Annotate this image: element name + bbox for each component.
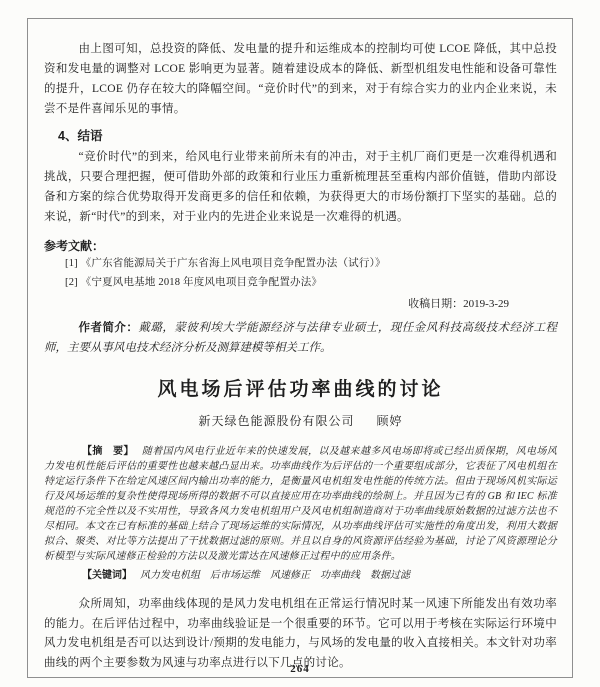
conclusion-heading: 4、结语 [58, 126, 557, 144]
author-bio-label: 作者简介： [79, 322, 139, 334]
scanned-journal-page: 由上图可知，总投资的降低、发电量的提升和运维成本的控制均可使 LCOE 降低，其… [0, 0, 600, 687]
abstract-text: 随着国内风电行业近年来的快速发展，以及越来越多风电场即将或已经出质保期，风电场风… [44, 446, 557, 562]
page-number: 264 [0, 663, 600, 675]
keywords-label: 【关键词】 [82, 570, 132, 581]
reference-item-2: [2] 《宁夏风电基地 2018 年度风电项目竞争配置办法》 [65, 273, 557, 292]
conclusion-paragraph: “竞价时代”的到来，给风电行业带来前所未有的冲击，对于主机厂商们更是一次难得机遇… [44, 147, 557, 227]
references-heading: 参考文献： [44, 237, 557, 254]
reference-item-1: [1] 《广东省能源局关于广东省海上风电项目竞争配置办法（试行）》 [65, 254, 557, 273]
previous-article-closing-paragraph: 由上图可知，总投资的降低、发电量的提升和运维成本的控制均可使 LCOE 降低，其… [44, 39, 557, 119]
author-bio: 作者简介：戴璐，蒙彼利埃大学能源经济与法律专业硕士，现任金风科技高级技术经济工程… [44, 318, 557, 358]
author-affiliation: 新天绿色能源股份有限公司 [198, 414, 354, 428]
article-title: 风电场后评估功率曲线的讨论 [44, 374, 557, 401]
article-byline: 新天绿色能源股份有限公司顾婷 [44, 412, 557, 429]
author-name: 顾婷 [377, 414, 403, 428]
intro-paragraph: 众所周知，功率曲线体现的是风力发电机组在正常运行情况时某一风速下所能发出有效功率… [44, 595, 557, 673]
abstract-label: 【摘 要】 [82, 446, 134, 457]
keywords-line: 【关键词】风力发电机组 后市场运维 风速修正 功率曲线 数据过滤 [44, 568, 557, 583]
keywords-list: 风力发电机组 后市场运维 风速修正 功率曲线 数据过滤 [140, 570, 410, 581]
page-border-frame: 由上图可知，总投资的降低、发电量的提升和运维成本的控制均可使 LCOE 降低，其… [27, 18, 573, 678]
abstract-paragraph: 【摘 要】随着国内风电行业近年来的快速发展，以及越来越多风电场即将或已经出质保期… [44, 444, 557, 564]
received-date: 收稿日期：2019-3-29 [44, 295, 557, 311]
